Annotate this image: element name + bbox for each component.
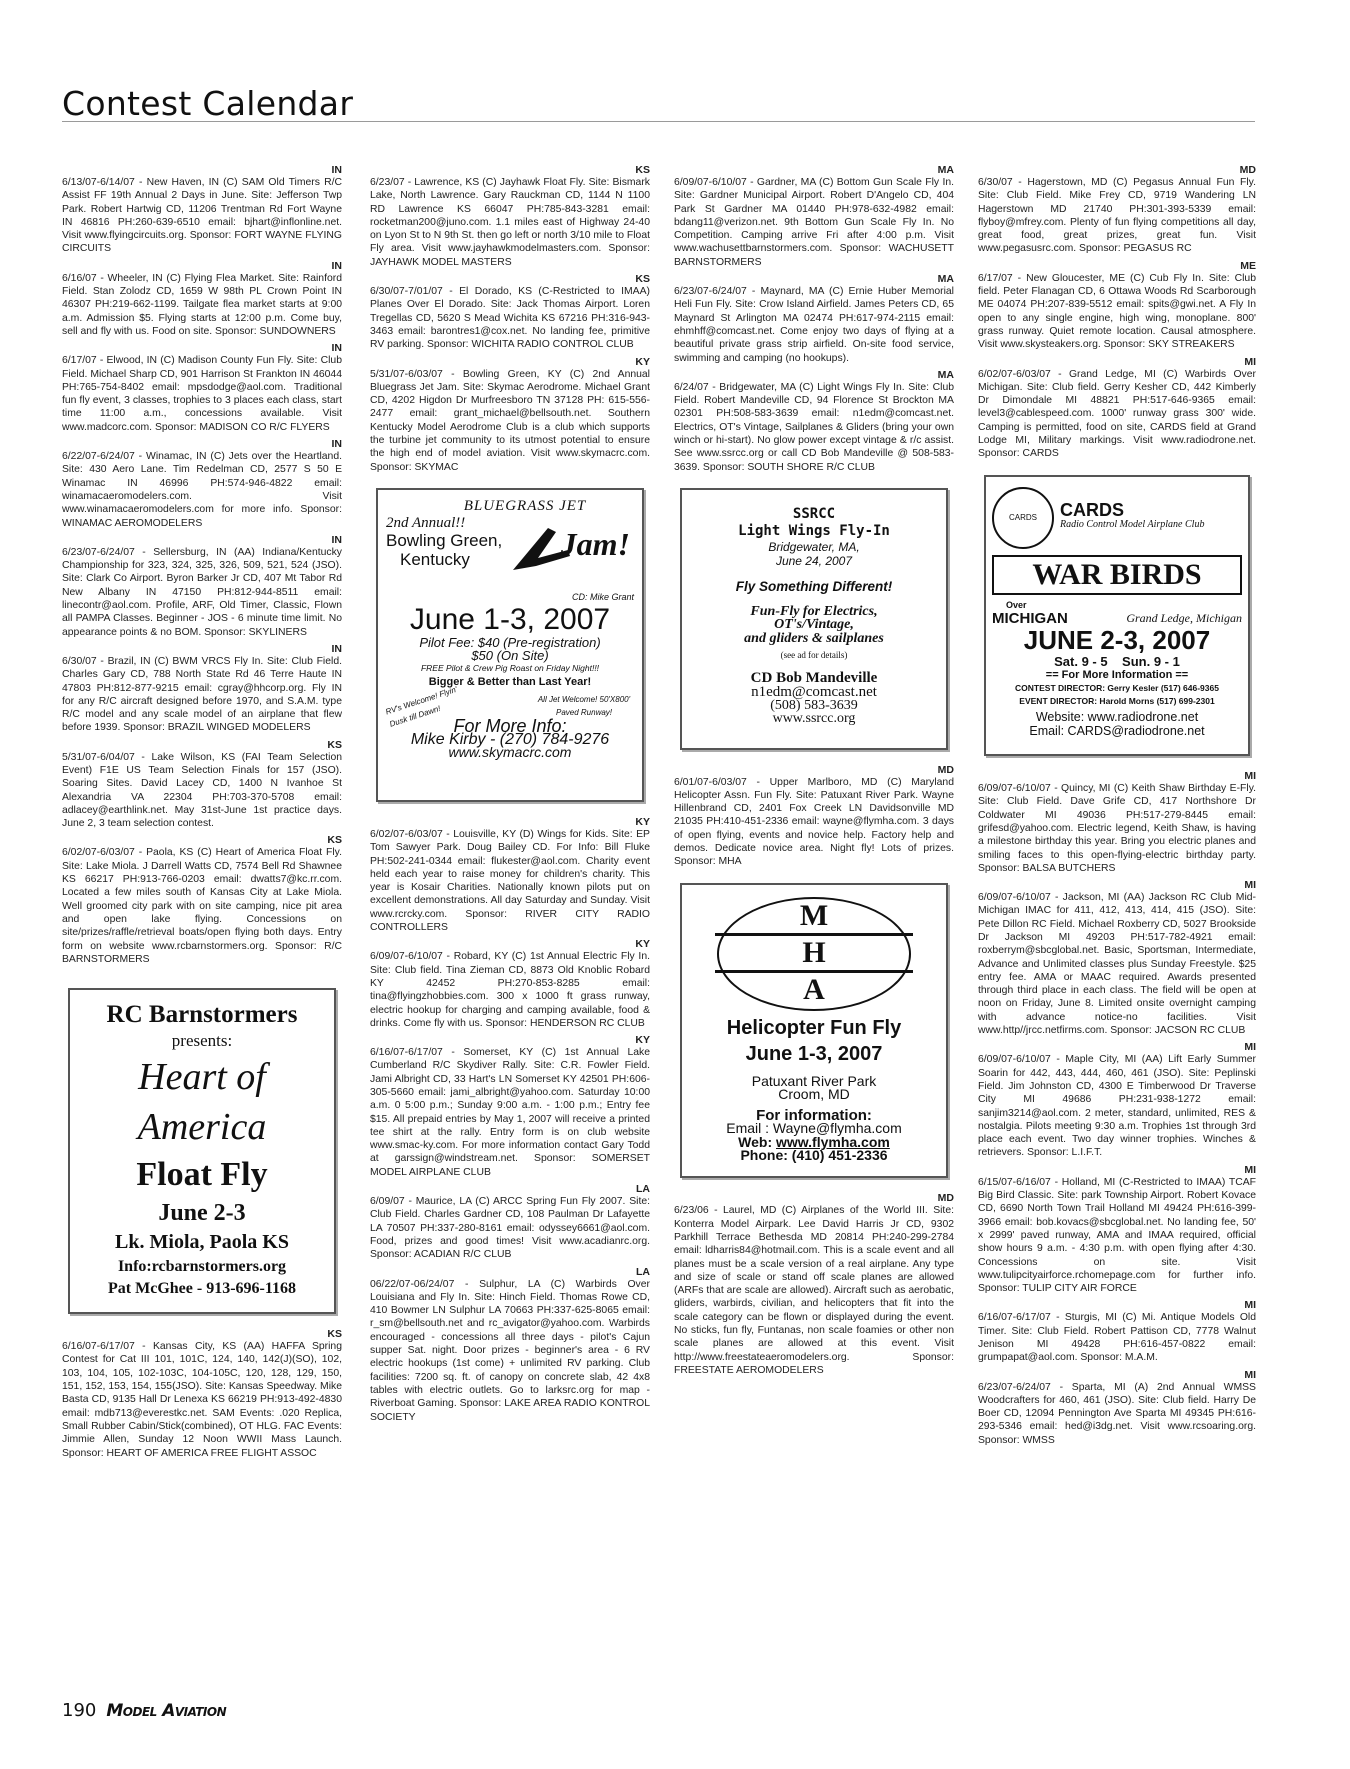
ad-web: Website: www.radiodrone.net (992, 711, 1242, 724)
listing-entry: 6/24/07 - Bridgewater, MA (C) Light Wing… (674, 381, 954, 474)
listing-entry: 6/30/07 - Brazil, IN (C) BWM VRCS Fly In… (62, 655, 342, 735)
mha-logo: M H A (717, 897, 911, 1011)
state-label: MI (978, 1041, 1256, 1053)
listing-entry: 6/23/07 - Lawrence, KS (C) Jayhawk Float… (370, 176, 650, 269)
state-label: MA (674, 164, 954, 176)
listing-entry: 5/31/07-6/04/07 - Lake Wilson, KS (FAI T… (62, 751, 342, 831)
ad-web: www.skymacrc.com (386, 746, 634, 759)
state-label: IN (62, 643, 342, 655)
listing-group: KS6/23/07 - Lawrence, KS (C) Jayhawk Flo… (370, 164, 650, 474)
ad-dates: June 2-3 (76, 1198, 328, 1228)
listing-entry: 6/02/07-6/03/07 - Grand Ledge, MI (C) Wa… (978, 368, 1256, 461)
ad-email: Email: CARDS@radiodrone.net (992, 725, 1242, 738)
state-label: KS (370, 164, 650, 176)
listing-group: MD6/01/07-6/03/07 - Upper Marlboro, MD (… (674, 764, 954, 869)
state-label: KS (62, 834, 342, 846)
page-title: Contest Calendar (62, 84, 353, 123)
state-label: KS (62, 739, 342, 751)
state-label: MI (978, 770, 1256, 782)
listing-entry: 6/23/06 - Laurel, MD (C) Airplanes of th… (674, 1204, 954, 1377)
listing-entry: 6/16/07-6/17/07 - Kansas City, KS (AA) H… (62, 1340, 342, 1460)
column-3: MA6/09/07-6/10/07 - Gardner, MA (C) Bott… (674, 160, 954, 1379)
ad-free: FREE Pilot & Crew Pig Roast on Friday Ni… (386, 662, 634, 675)
ad-info: Info:rcbarnstormers.org (76, 1256, 328, 1278)
ad-dates: June 1-3, 2007 (688, 1041, 940, 1067)
listing-group: MA6/09/07-6/10/07 - Gardner, MA (C) Bott… (674, 164, 954, 474)
ad-cd: CD: Mike Grant (386, 591, 634, 604)
ad-place-2: Croom, MD (688, 1088, 940, 1101)
state-label: MA (674, 273, 954, 285)
ad-phone: (508) 583-3639 (688, 699, 940, 712)
ad-light-wings-fly-in: SSRCC Light Wings Fly-In Bridgewater, MA… (680, 488, 948, 750)
ad-tagline: Fly Something Different! (688, 580, 940, 593)
logo-a: A (719, 973, 909, 1007)
state-label: IN (62, 164, 342, 176)
listing-entry: 6/01/07-6/03/07 - Upper Marlboro, MD (C)… (674, 776, 954, 869)
listing-entry: 5/31/07-6/03/07 - Bowling Green, KY (C) … (370, 368, 650, 474)
state-label: MI (978, 356, 1256, 368)
ad-title: Helicopter Fun Fly (688, 1015, 940, 1041)
state-label: MI (978, 1164, 1256, 1176)
ad-club: SSRCC (688, 508, 940, 521)
ad-ed: EVENT DIRECTOR: Harold Morns (517) 699-2… (992, 695, 1242, 708)
state-label: MD (674, 764, 954, 776)
listing-entry: 6/13/07-6/14/07 - New Haven, IN (C) SAM … (62, 176, 342, 256)
ad-title: Light Wings Fly-In (688, 521, 940, 541)
listing-entry: 6/02/07-6/03/07 - Louisville, KY (D) Win… (370, 828, 650, 934)
ad-line-3: and gliders & sailplanes (688, 632, 940, 645)
listing-entry: 6/30/07-7/01/07 - El Dorado, KS (C-Restr… (370, 285, 650, 351)
listing-entry: 6/22/07-6/24/07 - Winamac, IN (C) Jets o… (62, 450, 342, 530)
column-2: KS6/23/07 - Lawrence, KS (C) Jayhawk Flo… (370, 160, 650, 1426)
ad-club: RC Barnstormers (76, 1000, 328, 1030)
state-label: MI (978, 1369, 1256, 1381)
ad-line-1: Fun-Fly for Electrics, (688, 605, 940, 618)
state-label: LA (370, 1266, 650, 1278)
listing-group: KS6/16/07-6/17/07 - Kansas City, KS (AA)… (62, 1328, 342, 1460)
ad-fee-1: Pilot Fee: $40 (Pre-registration) (386, 636, 634, 649)
state-label: KY (370, 356, 650, 368)
state-label: KY (370, 816, 650, 828)
listing-entry: 6/23/07-6/24/07 - Maynard, MA (C) Ernie … (674, 285, 954, 365)
listing-entry: 6/09/07-6/10/07 - Jackson, MI (AA) Jacks… (978, 891, 1256, 1037)
ad-cd: CONTEST DIRECTOR: Gerry Kesler (517) 646… (992, 682, 1242, 695)
state-label: ME (978, 260, 1256, 272)
state-label: KY (370, 938, 650, 950)
ad-bluegrass-jet-jam: BLUEGRASS JET 2nd Annual!! Bowling Green… (376, 488, 644, 802)
listing-entry: 6/23/07-6/24/07 - Sparta, MI (A) 2nd Ann… (978, 1381, 1256, 1447)
listing-entry: 6/09/07-6/10/07 - Quincy, MI (C) Keith S… (978, 782, 1256, 875)
ad-dates: JUNE 2-3, 2007 (992, 625, 1242, 655)
listing-entry: 6/17/07 - Elwood, IN (C) Madison County … (62, 354, 342, 434)
listing-group: MI6/09/07-6/10/07 - Quincy, MI (C) Keith… (978, 770, 1256, 1447)
state-label: LA (370, 1183, 650, 1195)
state-label: IN (62, 438, 342, 450)
listing-group: MD6/30/07 - Hagerstown, MD (C) Pegasus A… (978, 164, 1256, 461)
ad-title-1: Heart of (76, 1052, 328, 1102)
title-rule (62, 121, 1255, 122)
cards-seal-icon: CARDS (992, 487, 1054, 549)
ad-line-2: OT's/Vintage, (688, 618, 940, 631)
ad-presents: presents: (76, 1030, 328, 1052)
ad-jam: Jam! (561, 538, 630, 551)
listing-entry: 6/23/07-6/24/07 - Sellersburg, IN (AA) I… (62, 546, 342, 639)
logo-h: H (715, 933, 913, 973)
logo-m: M (719, 899, 909, 933)
state-label: KS (62, 1328, 342, 1340)
listing-group: IN6/13/07-6/14/07 - New Haven, IN (C) SA… (62, 164, 342, 966)
ad-see: (see ad for details) (688, 649, 940, 662)
ad-email: n1edm@comcast.net (688, 686, 940, 699)
listing-entry: 6/30/07 - Hagerstown, MD (C) Pegasus Ann… (978, 176, 1256, 256)
ad-helicopter-fun-fly: M H A Helicopter Fun Fly June 1-3, 2007 … (680, 883, 948, 1179)
ad-heart-of-america: RC Barnstormers presents: Heart of Ameri… (68, 988, 336, 1314)
listing-entry: 6/17/07 - New Gloucester, ME (C) Cub Fly… (978, 272, 1256, 352)
state-label: MD (978, 164, 1256, 176)
page-number: 190 (62, 1700, 96, 1721)
ad-web: www.ssrcc.org (688, 712, 940, 725)
listing-entry: 6/09/07 - Maurice, LA (C) ARCC Spring Fu… (370, 1195, 650, 1261)
ad-date: June 24, 2007 (688, 555, 940, 568)
listing-entry: 6/09/07-6/10/07 - Gardner, MA (C) Bottom… (674, 176, 954, 269)
state-label: KS (370, 273, 650, 285)
state-label: MA (674, 369, 954, 381)
ad-event: Float Fly (76, 1152, 328, 1198)
ad-phone: Phone: (410) 451-2336 (688, 1149, 940, 1162)
ad-brand: BLUEGRASS JET (386, 500, 634, 513)
ad-bigger: Bigger & Better than Last Year! (386, 676, 634, 689)
column-1: IN6/13/07-6/14/07 - New Haven, IN (C) SA… (62, 160, 342, 1462)
listing-group: KY6/02/07-6/03/07 - Louisville, KY (D) W… (370, 816, 650, 1424)
page-footer: 190Model Aviation (62, 1700, 226, 1721)
ad-title: WAR BIRDS (992, 555, 1242, 595)
ad-dates: June 1-3, 2007 (386, 604, 634, 636)
column-4: MD6/30/07 - Hagerstown, MD (C) Pegasus A… (978, 160, 1256, 1449)
listing-entry: 6/15/07-6/16/07 - Holland, MI (C-Restric… (978, 1176, 1256, 1296)
listing-entry: 6/02/07-6/03/07 - Paola, KS (C) Heart of… (62, 846, 342, 966)
ad-fee-2: $50 (On Site) (386, 649, 634, 662)
listing-entry: 6/16/07-6/17/07 - Somerset, KY (C) 1st A… (370, 1046, 650, 1179)
ad-hours: Sat. 9 - 5 Sun. 9 - 1 (992, 655, 1242, 668)
ad-contact: Pat McGhee - 913-696-1168 (76, 1278, 328, 1300)
ad-location: Lk. Miola, Paola KS (76, 1228, 328, 1256)
ad-war-birds-over-michigan: CARDS CARDS Radio Control Model Airplane… (984, 475, 1250, 756)
listing-entry: 6/16/07-6/17/07 - Sturgis, MI (C) Mi. An… (978, 1311, 1256, 1364)
ad-location: Bridgewater, MA, (688, 541, 940, 554)
listing-group: MD6/23/06 - Laurel, MD (C) Airplanes of … (674, 1192, 954, 1377)
ad-title-2: America (76, 1102, 328, 1152)
listing-entry: 6/16/07 - Wheeler, IN (C) Flying Flea Ma… (62, 272, 342, 338)
ad-club-2: Radio Control Model Airplane Club (1060, 518, 1204, 531)
state-label: IN (62, 260, 342, 272)
listing-entry: 6/09/07-6/10/07 - Maple City, MI (AA) Li… (978, 1053, 1256, 1159)
state-label: IN (62, 342, 342, 354)
listing-entry: 6/09/07-6/10/07 - Robard, KY (C) 1st Ann… (370, 950, 650, 1030)
ad-michigan: MICHIGAN (992, 612, 1068, 625)
ad-grand-ledge: Grand Ledge, Michigan (1126, 612, 1242, 625)
state-label: MI (978, 879, 1256, 891)
state-label: IN (62, 534, 342, 546)
state-label: KY (370, 1034, 650, 1046)
state-label: MD (674, 1192, 954, 1204)
magazine-name: Model Aviation (106, 1701, 226, 1721)
state-label: MI (978, 1299, 1256, 1311)
ad-club-1: CARDS (1060, 504, 1204, 517)
ad-info: == For More Information == (992, 669, 1242, 682)
listing-entry: 06/22/07-06/24/07 - Sulphur, LA (C) Warb… (370, 1278, 650, 1424)
